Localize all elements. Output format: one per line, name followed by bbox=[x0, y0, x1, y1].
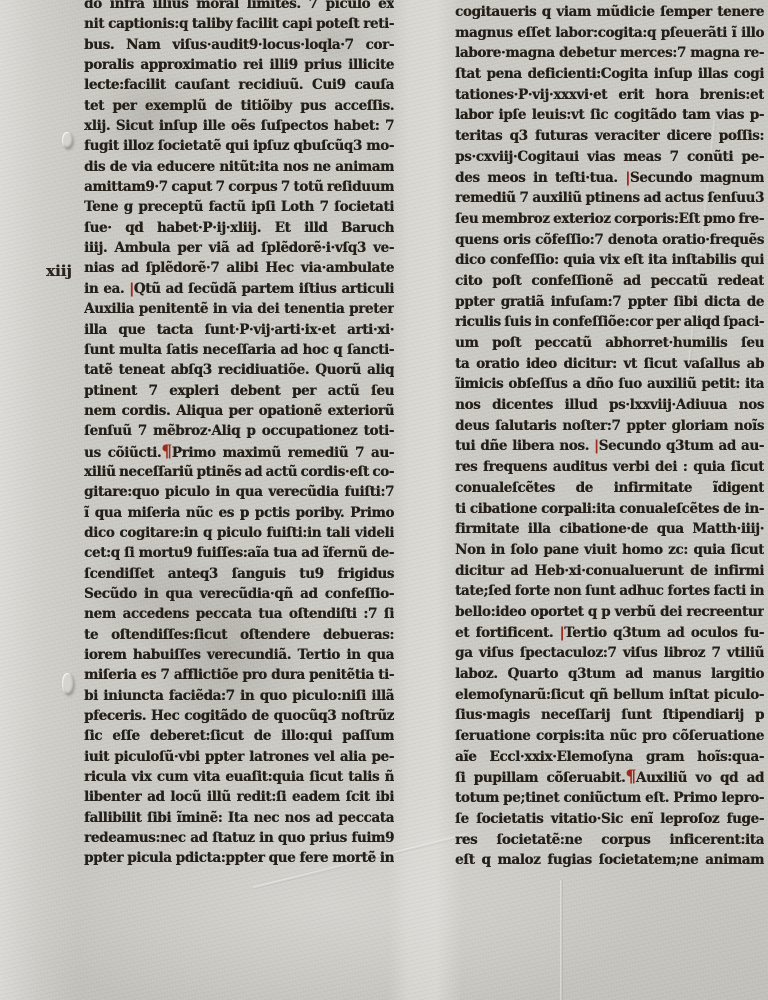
margin-folio-note: xiij bbox=[46, 262, 72, 280]
text-line: ta oratio ideo dicitur: vt ſicut vaſallu… bbox=[455, 354, 764, 375]
printed-text: miſeria es 7 afflictiõe pro dura penitẽt… bbox=[84, 667, 394, 683]
text-line: ſeu membroz exterioz corporis:Eſt pmo fr… bbox=[455, 209, 764, 230]
printed-text: do infra illius moral limites. 7 piculo … bbox=[84, 0, 394, 12]
printed-text: riculis ſuis in confeſſiõe:cor per aliqd… bbox=[455, 314, 764, 330]
printed-text: ppter gratiã infuſam:7 ppter ſibi dicta … bbox=[455, 294, 764, 313]
text-line: conualeſcẽtes de infirmitate ĩdigent fre… bbox=[455, 478, 764, 499]
printed-text: ſeu membroz exterioz corporis:Eſt pmo fr… bbox=[455, 211, 764, 227]
printed-text: ga viſus ſpectaculoz:7 viſus libroz 7 vt… bbox=[455, 645, 764, 661]
text-line: ĩimicis obſeſſus a dño ſuo auxiliũ petit… bbox=[455, 374, 764, 395]
printed-text: ſcendiſſet anteq3 ſanguis tu9 frigidus f… bbox=[84, 566, 394, 584]
text-line: Tene g preceptũ factũ ipſi Loth 7 ſociet… bbox=[84, 197, 394, 217]
text-line: fallibilit ſibi ĩminẽ: Ita nec nos ad pe… bbox=[84, 808, 394, 828]
text-line: tatẽ teneat abſq3 recidiuatiõe. Quorũ al… bbox=[84, 360, 394, 380]
printed-text: laboz. Quarto q3tum ad manus largitio bbox=[455, 666, 764, 682]
printed-text: ps·cxviij·Cogitaui vias meas 7 conũti pe… bbox=[455, 149, 764, 165]
text-line: Secũdo in qua verecũdia·qñ ad confeſſio- bbox=[84, 584, 394, 604]
text-line: ſius·magis neceſſarij ſunt ſtipendiarij … bbox=[455, 705, 764, 726]
printed-text: Qtũ ad ſecũdã partem iſtius articuli bbox=[134, 281, 394, 297]
printed-text: ĩ qua miſeria nũc es p pctis poriby. Pri… bbox=[84, 505, 394, 521]
text-line: firmitate illa cibatione·de qua Matth·ii… bbox=[455, 519, 764, 540]
text-line: tui dñe libera nos. |Secundo q3tum ad au… bbox=[455, 436, 764, 457]
printed-text: remediũ 7 auxiliũ ptinens ad actus ſenſu… bbox=[455, 190, 764, 206]
printed-text: amittam9·7 caput 7 corpus 7 totũ reſiduu… bbox=[84, 179, 394, 195]
text-line: res frequens auditus verbi dei : quia ſi… bbox=[455, 457, 764, 478]
printed-text: aĩe Eccl·xxix·Elemoſyna gram hoĩs:qua- bbox=[455, 749, 764, 765]
text-line: ps·cxviij·Cogitaui vias meas 7 conũti pe… bbox=[455, 147, 764, 168]
text-line: do infra illius moral limites. 7 piculo … bbox=[84, 0, 394, 14]
text-line: remediũ 7 auxiliũ ptinens ad actus ſenſu… bbox=[455, 188, 764, 209]
text-line: quens oris cõfeſſio:7 denota oratio·freq… bbox=[455, 230, 764, 251]
text-line: ga viſus ſpectaculoz:7 viſus libroz 7 vt… bbox=[455, 643, 764, 664]
printed-text: teritas q3 futuras veraciter dicere poſſ… bbox=[455, 128, 764, 147]
printed-text: bello:ideo oportet q p verbũ dei recreen… bbox=[455, 604, 764, 620]
printed-text: magnus eſſet labor:cogita:q pſeuerãti ĩ … bbox=[455, 25, 764, 41]
text-line: amittam9·7 caput 7 corpus 7 totũ reſiduu… bbox=[84, 177, 394, 197]
text-line: miſeria es 7 afflictiõe pro dura penitẽt… bbox=[84, 665, 394, 685]
printed-text: et fortificent. bbox=[455, 625, 560, 641]
printed-text: Primo maximũ remediũ 7 au- bbox=[172, 445, 394, 461]
text-line: ſunt multa ſatis neceſſaria ad hoc q ſan… bbox=[84, 340, 394, 360]
printed-text: eſt q maloz fugias ſocietatem;ne animam bbox=[455, 852, 764, 868]
printed-text: ſunt multa ſatis neceſſaria ad hoc q ſan… bbox=[84, 342, 394, 358]
text-line: deus ſalutaris noſter:7 ppter gloriam no… bbox=[455, 416, 764, 437]
text-line: iuit piculoſũ·vbi ppter latrones vel ali… bbox=[84, 747, 394, 767]
printed-text: ta oratio ideo dicitur: vt ſicut vaſallu… bbox=[455, 356, 764, 372]
text-line: elemoſynarũ:ſicut qñ bellum inſtat picul… bbox=[455, 685, 764, 706]
text-line: ppter gratiã infuſam:7 ppter ſibi dicta … bbox=[455, 292, 764, 313]
text-line: nem cordis. Aliqua per opationẽ exterior… bbox=[84, 401, 394, 421]
printed-text: us cõiũcti. bbox=[84, 445, 161, 461]
printed-text: conualeſcẽtes de infirmitate ĩdigent fre… bbox=[455, 480, 764, 499]
text-line: ſic eſſe deberet:ſicut de illo:qui paſſu… bbox=[84, 726, 394, 746]
printed-text: totum pe;tinet coniũctum eſt. Primo lepr… bbox=[455, 790, 764, 806]
text-line: xlij. Sicut inſup ille oẽs ſuſpectos hab… bbox=[84, 116, 394, 136]
text-line: ſeruatione corpis:ita nũc pro cõſeruatio… bbox=[455, 726, 764, 747]
text-line: ti cibatione corpali:ita conualeſcẽtes d… bbox=[455, 499, 764, 520]
printed-text: nias ad ſplẽdorẽ·7 alibi Hec via·ambulat… bbox=[84, 260, 394, 276]
text-line: cet:q ſi mortu9 fuiſſes:aĩa tua ad ĩfern… bbox=[84, 543, 394, 563]
text-line: nos dicentes illud ps·lxxviij·Adiuua nos bbox=[455, 395, 764, 416]
printed-text: in ea. bbox=[84, 281, 129, 297]
text-line: iorem habuiſſes verecundiã. Tertio in qu… bbox=[84, 645, 394, 665]
printed-text: fugit illoz ſocietatẽ qui ipſuz qbuſcũq3… bbox=[84, 138, 394, 154]
printed-text: lecte:facilit cauſant recidiuũ. Cui9 cau… bbox=[84, 77, 394, 95]
text-line: ſe ſocietatis vitatio·Sic enĩ leproſoz f… bbox=[455, 809, 764, 830]
text-line: iiij. Ambula per viã ad ſplẽdorẽ·i·vſq3 … bbox=[84, 238, 394, 258]
text-line: tet per exemplũ de titiõiby pus acceſſis… bbox=[84, 96, 394, 116]
text-line: ſenſuũ 7 mẽbroz·Aliq p occupationez toti… bbox=[84, 421, 394, 441]
printed-text: ſic eſſe deberet:ſicut de illo:qui paſſu… bbox=[84, 728, 394, 746]
printed-text: redeamus:nec ad ſtatuz in quo prius fuim… bbox=[84, 830, 394, 846]
printed-text: Auxiliũ vo qd ad bbox=[636, 770, 764, 786]
printed-text: Non in ſolo pane viuit homo zc: quia ſic… bbox=[455, 542, 764, 558]
printed-text: pfeceris. Hec cogitãdo de quocũq3 noſtrũ… bbox=[84, 708, 394, 724]
text-line: in ea. |Qtũ ad ſecũdã partem iſtius arti… bbox=[84, 279, 394, 299]
text-line: ſtat pena deficienti:Cogita inſup illas … bbox=[455, 64, 764, 85]
printed-text: ſeruatione corpis:ita nũc pro cõſeruatio… bbox=[455, 728, 764, 744]
text-column-left: do infra illius moral limites. 7 piculo … bbox=[84, 0, 394, 869]
text-line: te oſtendiſſes:ſicut oſtendere debueras:… bbox=[84, 625, 394, 645]
text-line: nias ad ſplẽdorẽ·7 alibi Hec via·ambulat… bbox=[84, 258, 394, 278]
text-line: et fortificent. |Tertio q3tum ad oculos … bbox=[455, 623, 764, 644]
printed-text: ĩimicis obſeſſus a dño ſuo auxiliũ petit… bbox=[455, 376, 764, 392]
printed-text: ſe ſocietatis vitatio·Sic enĩ leproſoz f… bbox=[455, 811, 764, 827]
text-line: eſt q maloz fugias ſocietatem;ne animam bbox=[455, 850, 764, 871]
printed-text: cogitaueris q viam mũdicie ſemper tenere bbox=[455, 4, 764, 20]
printed-text: ſenſuũ 7 mẽbroz·Aliq p occupationez toti… bbox=[84, 423, 394, 439]
printed-text: labor ipſe leuis:vt ſic cogitãdo tam via… bbox=[455, 107, 764, 123]
text-line: pfeceris. Hec cogitãdo de quocũq3 noſtrũ… bbox=[84, 706, 394, 726]
printed-text: libenter ad locũ illũ redit:ſi eadem ſci… bbox=[84, 789, 394, 807]
printed-text: um poſt peccatũ abhorret·humilis ſeu deu… bbox=[455, 335, 764, 354]
text-line: ptinent 7 expleri debent per actũ ſeu op… bbox=[84, 381, 394, 401]
printed-text: labore·magna debetur merces:7 magna re- bbox=[455, 45, 764, 61]
printed-text: cet:q ſi mortu9 fuiſſes:aĩa tua ad ĩfern… bbox=[84, 545, 394, 561]
text-line: cogitaueris q viam mũdicie ſemper tenere bbox=[455, 2, 764, 23]
printed-text: ſtat pena deficienti:Cogita inſup illas … bbox=[455, 66, 764, 82]
printed-text: ppter picula pdicta:ppter que fere mortẽ… bbox=[84, 850, 394, 866]
text-line: dicitur ad Heb·xi·conualuerunt de infirm… bbox=[455, 561, 764, 582]
text-line: laboz. Quarto q3tum ad manus largitio bbox=[455, 664, 764, 685]
text-line: ſi pupillam cõſeruabit.¶Auxiliũ vo qd ad bbox=[455, 767, 764, 788]
text-line: fugit illoz ſocietatẽ qui ipſuz qbuſcũq3… bbox=[84, 136, 394, 156]
manuscript-leaf: xiij do infra illius moral limites. 7 pi… bbox=[0, 0, 768, 1000]
printed-text: quens oris cõfeſſio:7 denota oratio·freq… bbox=[455, 232, 764, 248]
printed-text: tet per exemplũ de titiõiby pus acceſſis… bbox=[84, 98, 394, 116]
printed-text: deus ſalutaris noſter:7 ppter gloriam no… bbox=[455, 418, 764, 434]
text-line: ricula vix cum vita euaſit:quia ſicut ta… bbox=[84, 767, 394, 787]
text-line: ſcendiſſet anteq3 ſanguis tu9 frigidus f… bbox=[84, 564, 394, 584]
text-line: us cõiũcti.¶Primo maximũ remediũ 7 au- bbox=[84, 442, 394, 462]
text-line: riculis ſuis in confeſſiõe:cor per aliqd… bbox=[455, 312, 764, 333]
printed-text: dico confeſſio: quia vix eſt ita inſtabi… bbox=[455, 252, 764, 268]
printed-text: cito poſt confeſſionẽ ad peccatũ redeat … bbox=[455, 273, 764, 292]
printed-text: bus. Nam viſus·audit9·locus·loqla·7 cor- bbox=[84, 37, 394, 53]
printed-text: res frequens auditus verbi dei : quia ſi… bbox=[455, 459, 764, 475]
text-line: des meos in teſti·tua. |Secundo magnum bbox=[455, 168, 764, 189]
paper-blemish bbox=[62, 673, 74, 695]
printed-text: ſue· qd habet·P·ij·xliij. Et illd Baruch bbox=[84, 220, 394, 236]
printed-text: nem cordis. Aliqua per opationẽ exterior… bbox=[84, 403, 394, 419]
printed-text: Secũdo in qua verecũdia·qñ ad confeſſio- bbox=[84, 586, 394, 602]
text-line: illa que tacta ſunt·P·vij·arti·ix·et art… bbox=[84, 320, 394, 340]
printed-text: xlij. Sicut inſup ille oẽs ſuſpectos hab… bbox=[84, 118, 394, 134]
photographed-manuscript-page: { "page": { "ink_color": "#241f18", "rub… bbox=[0, 0, 768, 1000]
printed-text: Secundo q3tum ad au- bbox=[599, 438, 764, 454]
text-line: ĩ qua miſeria nũc es p pctis poriby. Pri… bbox=[84, 503, 394, 523]
text-line: ppter picula pdicta:ppter que fere mortẽ… bbox=[84, 848, 394, 868]
printed-text: dis de via educere nitũt:ita nos ne anim… bbox=[84, 159, 394, 175]
text-line: poralis approximatio rei illi9 prius ill… bbox=[84, 55, 394, 75]
printed-text: Auxilia penitentẽ in via dei tenentia pr… bbox=[84, 301, 394, 317]
printed-text: tate;ſed forte non ſunt adhuc fortes fac… bbox=[455, 583, 764, 599]
printed-text: tui dñe libera nos. bbox=[455, 438, 594, 454]
printed-text: des meos in teſti·tua. bbox=[455, 170, 625, 186]
printed-text: bi iniuncta faciẽda:7 in quo piculo:niſi… bbox=[84, 688, 394, 704]
paper-blemish bbox=[62, 132, 73, 149]
text-line: redeamus:nec ad ſtatuz in quo prius fuim… bbox=[84, 828, 394, 848]
printed-text: firmitate illa cibatione·de qua Matth·ii… bbox=[455, 521, 764, 537]
text-line: Auxilia penitentẽ in via dei tenentia pr… bbox=[84, 299, 394, 319]
printed-text: ſius·magis neceſſarij ſunt ſtipendiarij … bbox=[455, 707, 764, 726]
printed-text: gitare:quo piculo in qua verecũdia fuiſt… bbox=[84, 484, 394, 500]
printed-text: Tertio q3tum ad oculos fu- bbox=[564, 625, 764, 641]
text-line: dico cogitare:in q piculo fuiſti:in tali… bbox=[84, 523, 394, 543]
text-line: xiliũ neceſſariũ ptinẽs ad actũ cordis·e… bbox=[84, 462, 394, 482]
text-line: labore·magna debetur merces:7 magna re- bbox=[455, 43, 764, 64]
rubric-paraph-mark: ¶ bbox=[161, 442, 171, 462]
printed-text: dico cogitare:in q piculo fuiſti:in tali… bbox=[84, 525, 394, 541]
text-line: magnus eſſet labor:cogita:q pſeuerãti ĩ … bbox=[455, 23, 764, 44]
printed-text: tationes·P·vij·xxxvi·et erit hora brenis… bbox=[455, 87, 764, 103]
printed-text: iorem habuiſſes verecundiã. Tertio in qu… bbox=[84, 647, 394, 663]
text-line: nem accedens peccata tua oſtendiſti :7 ſ… bbox=[84, 604, 394, 624]
printed-text: res ſocietatẽ:ne corpus inficerent:ita n… bbox=[455, 832, 764, 851]
text-column-right: cogitaueris q viam mũdicie ſemper tenere… bbox=[455, 2, 764, 871]
text-line: dico confeſſio: quia vix eſt ita inſtabi… bbox=[455, 250, 764, 271]
printed-text: iuit piculoſũ·vbi ppter latrones vel ali… bbox=[84, 749, 394, 765]
text-line: lecte:facilit cauſant recidiuũ. Cui9 cau… bbox=[84, 75, 394, 95]
text-line: labor ipſe leuis:vt ſic cogitãdo tam via… bbox=[455, 105, 764, 126]
text-line: bus. Nam viſus·audit9·locus·loqla·7 cor- bbox=[84, 35, 394, 55]
printed-text: ptinent 7 expleri debent per actũ ſeu op… bbox=[84, 383, 394, 401]
printed-text: ricula vix cum vita euaſit:quia ſicut ta… bbox=[84, 769, 394, 785]
printed-text: ti cibatione corpali:ita conualeſcẽtes d… bbox=[455, 501, 764, 517]
text-line: bello:ideo oportet q p verbũ dei recreen… bbox=[455, 602, 764, 623]
printed-text: fallibilit ſibi ĩminẽ: Ita nec nos ad pe… bbox=[84, 810, 394, 826]
text-line: Non in ſolo pane viuit homo zc: quia ſic… bbox=[455, 540, 764, 561]
printed-text: te oſtendiſſes:ſicut oſtendere debueras:… bbox=[84, 627, 394, 645]
text-line: res ſocietatẽ:ne corpus inficerent:ita n… bbox=[455, 830, 764, 851]
text-line: aĩe Eccl·xxix·Elemoſyna gram hoĩs:qua- bbox=[455, 747, 764, 768]
text-line: ſue· qd habet·P·ij·xliij. Et illd Baruch bbox=[84, 218, 394, 238]
printed-text: tatẽ teneat abſq3 recidiuatiõe. Quorũ al… bbox=[84, 362, 394, 378]
printed-text: elemoſynarũ:ſicut qñ bellum inſtat picul… bbox=[455, 687, 764, 703]
printed-text: nem accedens peccata tua oſtendiſti :7 ſ… bbox=[84, 606, 394, 624]
printed-text: Secundo magnum bbox=[630, 170, 764, 186]
rubric-paraph-mark: ¶ bbox=[625, 767, 635, 787]
printed-text: ſi pupillam cõſeruabit. bbox=[455, 770, 625, 786]
text-line: tate;ſed forte non ſunt adhuc fortes fac… bbox=[455, 581, 764, 602]
text-line: nit captionis:q taliby facilit capi pote… bbox=[84, 14, 394, 34]
text-line: bi iniuncta faciẽda:7 in quo piculo:niſi… bbox=[84, 686, 394, 706]
text-line: libenter ad locũ illũ redit:ſi eadem ſci… bbox=[84, 787, 394, 807]
printed-text: Tene g preceptũ factũ ipſi Loth 7 ſociet… bbox=[84, 199, 394, 215]
printed-text: nit captionis:q taliby facilit capi pote… bbox=[84, 16, 394, 32]
text-line: totum pe;tinet coniũctum eſt. Primo lepr… bbox=[455, 788, 764, 809]
printed-text: iiij. Ambula per viã ad ſplẽdorẽ·i·vſq3 … bbox=[84, 240, 394, 256]
text-line: tationes·P·vij·xxxvi·et erit hora brenis… bbox=[455, 85, 764, 106]
text-line: dis de via educere nitũt:ita nos ne anim… bbox=[84, 157, 394, 177]
text-line: um poſt peccatũ abhorret·humilis ſeu deu… bbox=[455, 333, 764, 354]
printed-text: xiliũ neceſſariũ ptinẽs ad actũ cordis·e… bbox=[84, 464, 394, 480]
paper-crease bbox=[560, 880, 563, 1000]
text-line: gitare:quo piculo in qua verecũdia fuiſt… bbox=[84, 482, 394, 502]
printed-text: dicitur ad Heb·xi·conualuerunt de infirm… bbox=[455, 563, 764, 579]
text-line: teritas q3 futuras veraciter dicere poſſ… bbox=[455, 126, 764, 147]
text-line: cito poſt confeſſionẽ ad peccatũ redeat … bbox=[455, 271, 764, 292]
printed-text: illa que tacta ſunt·P·vij·arti·ix·et art… bbox=[84, 322, 394, 338]
printed-text: nos dicentes illud ps·lxxviij·Adiuua nos bbox=[455, 397, 764, 413]
printed-text: poralis approximatio rei illi9 prius ill… bbox=[84, 57, 394, 75]
